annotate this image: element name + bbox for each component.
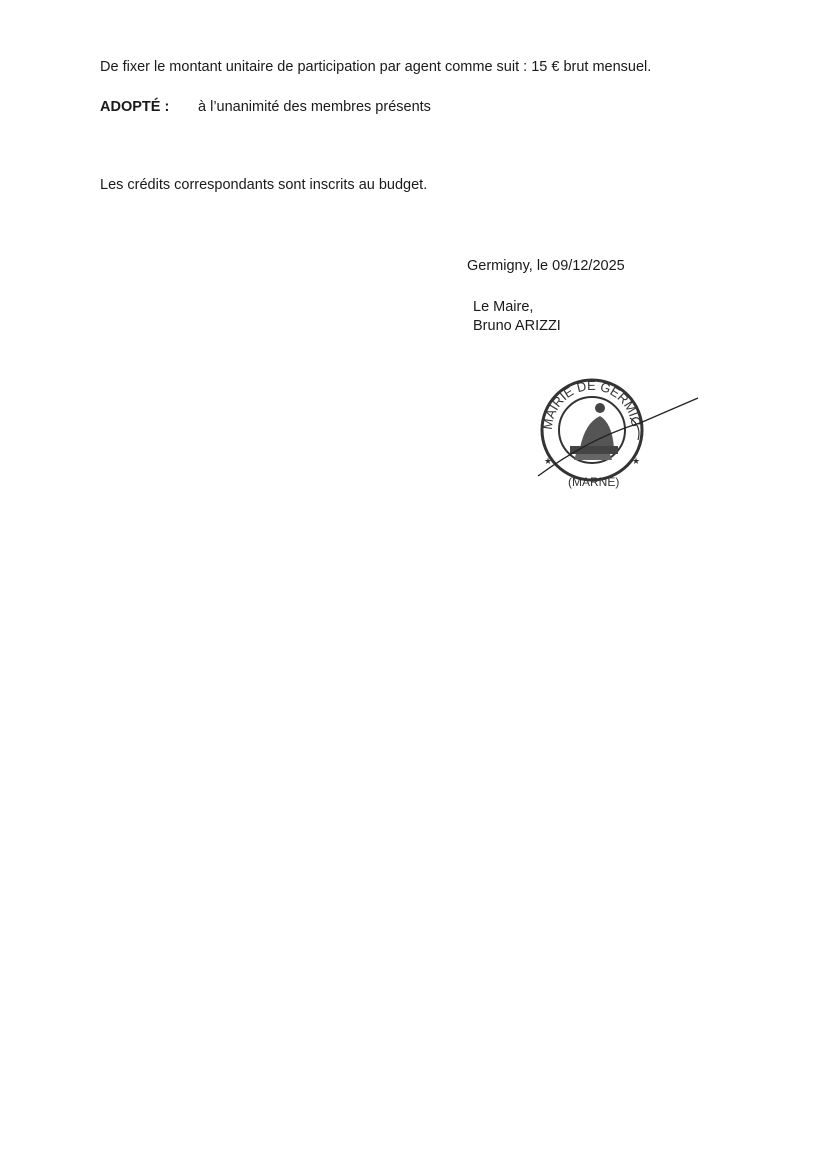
- stamp-top-text: MAIRIE DE GERMIGNY: [530, 368, 644, 430]
- svg-text:MAIRIE DE GERMIGNY: MAIRIE DE GERMIGNY: [530, 368, 644, 430]
- place-date: Germigny, le 09/12/2025: [467, 258, 625, 274]
- decision-line: De fixer le montant unitaire de particip…: [100, 59, 651, 75]
- budget-line: Les crédits correspondants sont inscrits…: [100, 177, 427, 193]
- adopted-label: ADOPTÉ :: [100, 99, 169, 115]
- svg-text:★: ★: [544, 456, 552, 466]
- stamp-bottom-text: (MARNE): [568, 475, 619, 489]
- signatory-title: Le Maire,: [473, 299, 533, 315]
- signatory-name: Bruno ARIZZI: [473, 318, 561, 334]
- svg-text:★: ★: [632, 456, 640, 466]
- adopted-text: à l’unanimité des membres présents: [198, 99, 431, 115]
- marianne-seal-icon: MAIRIE DE GERMIGNY (MARNE) ★ ★: [530, 368, 705, 493]
